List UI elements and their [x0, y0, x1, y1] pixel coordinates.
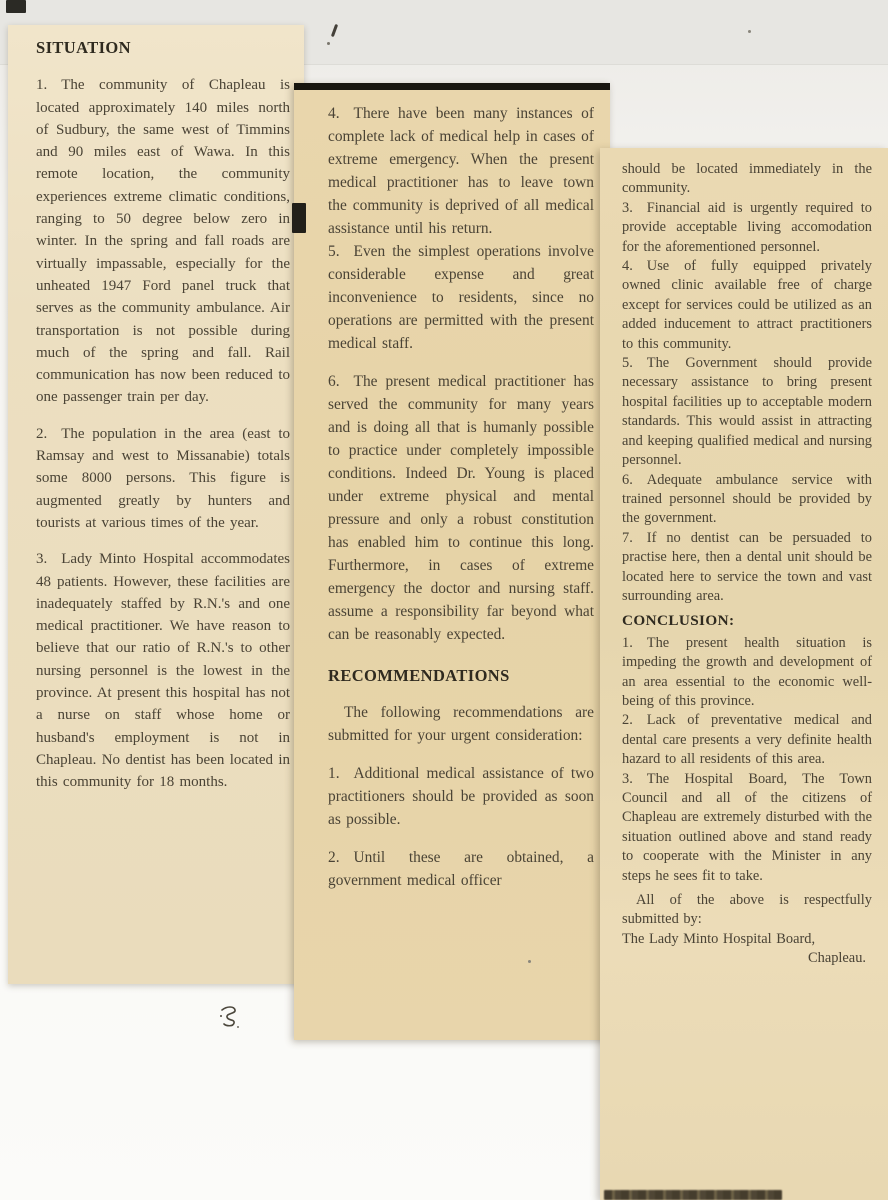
- situation-heading: SITUATION: [36, 37, 290, 59]
- item-text: The present health situation is impeding…: [622, 635, 872, 709]
- scanned-page: { "colors": { "page_background": "#f4f3f…: [0, 0, 888, 1200]
- item-text: Lack of preventative medical and dental …: [622, 712, 872, 767]
- item-text: The community of Chapleau is located app…: [36, 77, 290, 405]
- paper-speck: [748, 30, 751, 33]
- item-number: 7.: [622, 530, 633, 546]
- recommendation-6: 6.Adequate ambulance service with traine…: [622, 471, 872, 529]
- recommendation-7: 7.If no dentist can be persuaded to prac…: [622, 529, 872, 607]
- conclusion-heading: CONCLUSION:: [622, 611, 872, 630]
- item-number: 1.: [622, 635, 633, 651]
- item-text: Lady Minto Hospital accommodates 48 pati…: [36, 551, 290, 790]
- item-number: 2.: [328, 849, 340, 866]
- item-text: If no dentist can be persuaded to practi…: [622, 530, 872, 604]
- ink-squiggle-mark: [218, 1002, 242, 1030]
- item-number: 5.: [622, 355, 633, 371]
- conclusion-2: 2.Lack of preventative medical and denta…: [622, 711, 872, 769]
- item-text: Use of fully equipped privately owned cl…: [622, 258, 872, 352]
- item-text: The present medical practitioner has ser…: [328, 373, 594, 643]
- clipping-middle: 4.There have been many instances of comp…: [294, 83, 610, 1040]
- situation-paragraph-6: 6.The present medical practitioner has s…: [328, 370, 594, 646]
- situation-paragraph-2: 2.The population in the area (east to Ra…: [36, 423, 290, 534]
- item-number: 5.: [328, 243, 340, 260]
- item-text: Additional medical assistance of two pra…: [328, 765, 594, 828]
- item-text: The population in the area (east to Rams…: [36, 426, 290, 531]
- item-text: Financial aid is urgently required to pr…: [622, 200, 872, 255]
- item-text: There have been many instances of comple…: [328, 105, 594, 237]
- item-number: 1.: [36, 77, 47, 93]
- clipping-right: should be located immediately in the com…: [600, 148, 888, 1200]
- situation-paragraph-3: 3.Lady Minto Hospital accommodates 48 pa…: [36, 548, 290, 793]
- recommendation-2-continuation: should be located immediately in the com…: [622, 160, 872, 199]
- item-number: 2.: [622, 712, 633, 728]
- corner-ink-mark: [6, 0, 26, 13]
- item-number: 4.: [328, 105, 340, 122]
- clipping-situation: SITUATION 1.The community of Chapleau is…: [8, 25, 304, 984]
- situation-paragraph-1: 1.The community of Chapleau is located a…: [36, 74, 290, 408]
- item-number: 4.: [622, 258, 633, 274]
- item-number: 2.: [36, 426, 47, 442]
- ink-dot-mark: [327, 42, 330, 45]
- item-text: The Government should provide necessary …: [622, 355, 872, 468]
- item-number: 3.: [622, 200, 633, 216]
- recommendation-2: 2.Until these are obtained, a government…: [328, 846, 594, 892]
- item-text: Even the simplest operations involve con…: [328, 243, 594, 352]
- recommendation-5: 5.The Government should provide necessar…: [622, 354, 872, 470]
- item-number: 6.: [328, 373, 340, 390]
- clipping-edge-dark-mark: [292, 203, 306, 233]
- item-number: 3.: [36, 551, 47, 567]
- closing-place: Chapleau.: [622, 949, 872, 968]
- recommendations-intro: The following recommendations are submit…: [328, 701, 594, 747]
- closing-signature: The Lady Minto Hospital Board,: [622, 930, 872, 949]
- recommendation-1: 1.Additional medical assistance of two p…: [328, 762, 594, 831]
- conclusion-1: 1.The present health situation is impedi…: [622, 634, 872, 712]
- item-number: 3.: [622, 771, 633, 787]
- closing-statement: All of the above is respectfully submitt…: [622, 891, 872, 930]
- recommendations-heading: RECOMMENDATIONS: [328, 664, 594, 687]
- situation-paragraph-4: 4.There have been many instances of comp…: [328, 102, 594, 240]
- item-text: Until these are obtained, a government m…: [328, 849, 594, 889]
- cutoff-text-smudge: [604, 1190, 782, 1200]
- conclusion-3: 3.The Hospital Board, The Town Council a…: [622, 770, 872, 886]
- recommendation-3: 3.Financial aid is urgently required to …: [622, 199, 872, 257]
- item-number: 1.: [328, 765, 340, 782]
- situation-paragraph-5: 5.Even the simplest operations involve c…: [328, 240, 594, 355]
- item-text: Adequate ambulance service with trained …: [622, 472, 872, 527]
- item-text: The Hospital Board, The Town Council and…: [622, 771, 872, 884]
- item-number: 6.: [622, 472, 633, 488]
- paper-speck: [528, 960, 531, 963]
- recommendation-4: 4.Use of fully equipped privately owned …: [622, 257, 872, 354]
